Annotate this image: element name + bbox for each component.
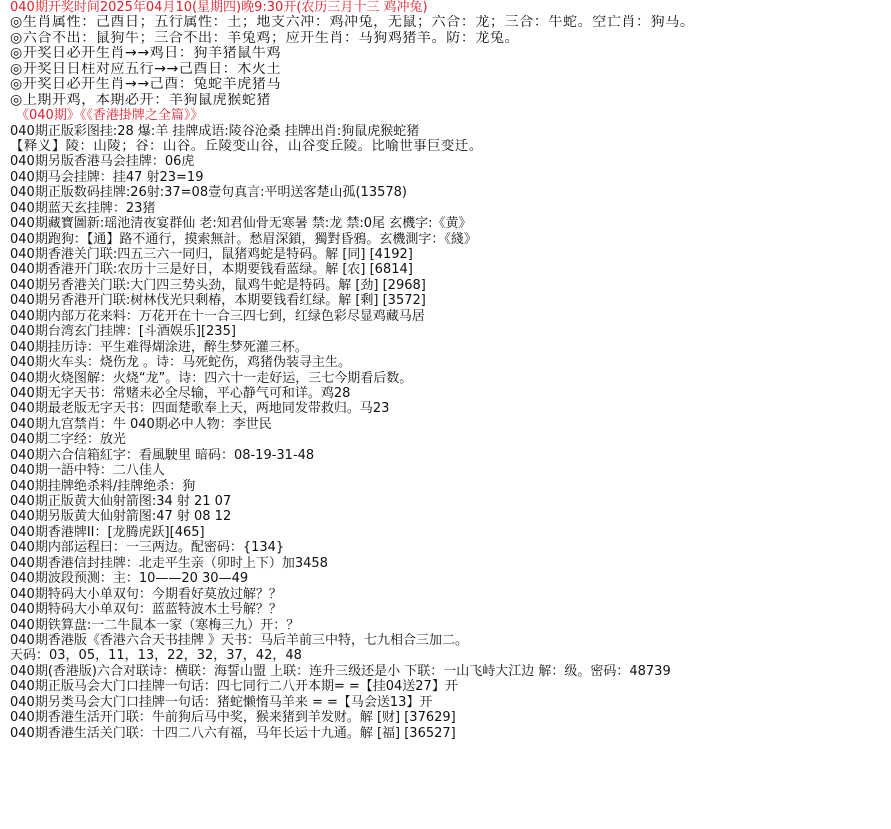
content-line: 040期火烧图解：火烧“龙”。诗：四六十一走好运，三七今期看后数。 bbox=[10, 371, 891, 386]
content-line: 040期另类马会大门口挂牌一句话：猪蛇懒惰马羊来 = =【马会送13】开 bbox=[10, 695, 891, 710]
content-line: 天码：03，05，11，13，22，32，37，42，48 bbox=[10, 648, 891, 663]
content-line: 040期铁算盘:一二牛鼠本一家（寒梅三九）开：？ bbox=[10, 618, 891, 633]
document: 040期开奖时间2025年04月10(星期四)晚9:30开(农历三月十三 鸡冲兔… bbox=[0, 0, 891, 741]
content-line: 040期最老版无字天书：四面楚歌奉上天，两地同发带救归。马23 bbox=[10, 401, 891, 416]
content-line: 040期(香港版)六合对联诗：横联：海誓山盟 上联：连升三级还是小 下联：一山飞… bbox=[10, 664, 891, 679]
content-line: 040期香港信封挂牌：北走平生亲（卯时上下）加3458 bbox=[10, 556, 891, 571]
content-line: 040期蓝天玄挂牌：23猪 bbox=[10, 201, 891, 216]
content-line: 040期香港生活关门联：十四二八六有福，马年长运十九通。解 [福] [36527… bbox=[10, 726, 891, 741]
content-line: 040期香港版《香港六合天书挂牌 》天书：马后羊前三中特，七九相合三加二。 bbox=[10, 633, 891, 648]
content-line: 040期正版彩图挂:28 爆:羊 挂牌成语:陵谷沧桑 挂牌出肖:狗鼠虎猴蛇猪 bbox=[10, 124, 891, 139]
content-line: 040期藏寶圖新:瑶池清夜宴群仙 老:知君仙骨无寒暑 禁:龙 禁:0尾 玄機字:… bbox=[10, 216, 891, 231]
content-line: 040期正版黄大仙射箭图:34 射 21 07 bbox=[10, 494, 891, 509]
content-line: 040期内部万花来料：万花开在十一合三四七到，红绿色彩尽显鸡藏马居 bbox=[10, 309, 891, 324]
content-line: 040期香港生活开门联：牛前狗后马中奖，猴来猪到羊发财。解 [财] [37629… bbox=[10, 710, 891, 725]
content-line: 040期香港牌II：[龙腾虎跃][465] bbox=[10, 525, 891, 540]
content-line: 040期特码大小单双句：蓝蓝特波木土号解？？ bbox=[10, 602, 891, 617]
attribute-line: ◎上期开鸡，本期必开：羊狗鼠虎猴蛇猪 bbox=[10, 93, 891, 108]
content-lines: 040期正版彩图挂:28 爆:羊 挂牌成语:陵谷沧桑 挂牌出肖:狗鼠虎猴蛇猪【释… bbox=[10, 124, 891, 742]
content-line: 040期挂牌绝杀料/挂牌绝杀：狗 bbox=[10, 479, 891, 494]
content-line: 040期九宫禁肖：牛 040期必中人物：李世民 bbox=[10, 417, 891, 432]
content-line: 040期无字天书：常赌未必全尽输，平心静气可和详。鸡28 bbox=[10, 386, 891, 401]
content-line: 040期另香港关门联:大门四三势头劲，鼠鸡牛蛇是特码。解 [劲] [2968] bbox=[10, 278, 891, 293]
content-line: 040期波段预测：主：10——20 30—49 bbox=[10, 571, 891, 586]
content-line: 040期台湾玄门挂牌：[斗酒娱乐][235] bbox=[10, 324, 891, 339]
attribute-line: ◎开奖日日柱对应五行→→己酉日：木火土 bbox=[10, 62, 891, 77]
attribute-line: ◎开奖日必开生肖→→己酉：兔蛇羊虎猪马 bbox=[10, 77, 891, 92]
content-line: 040期六合信箱紅字：看風駛里 暗码：08-19-31-48 bbox=[10, 448, 891, 463]
content-line: 040期正版马会大门口挂牌一句话：四七同行二八开本期= =【挂04送27】开 bbox=[10, 679, 891, 694]
attribute-line: ◎开奖日必开生肖→→鸡日：狗羊猪鼠牛鸡 bbox=[10, 46, 891, 61]
content-line: 040期一語中特：二八佳人 bbox=[10, 463, 891, 478]
content-line: 040期另版黄大仙射箭图:47 射 08 12 bbox=[10, 509, 891, 524]
section-title: 《040期》《《香港掛牌之全篇》》 bbox=[10, 108, 891, 123]
content-line: 040期挂历诗：平生难得煳涂进，醉生梦死灌三杯。 bbox=[10, 340, 891, 355]
content-line: 040期特码大小单双句：今期看好莫放过解？？ bbox=[10, 587, 891, 602]
attribute-line: ◎六合不出：鼠狗牛；三合不出：羊兔鸡；应开生肖：马狗鸡猪羊。防：龙兔。 bbox=[10, 31, 891, 46]
content-line: 040期内部运程曰：一三两边。配密码：{134} bbox=[10, 540, 891, 555]
content-line: 040期跑狗：【通】路不通行，摸索無計。愁眉深鎖，獨對昏鴉。玄機測字：《綫》 bbox=[10, 232, 891, 247]
content-line: 040期马会挂牌：挂47 射23=19 bbox=[10, 170, 891, 185]
content-line: 040期另版香港马会挂牌：06虎 bbox=[10, 154, 891, 169]
content-line: 040期香港开门联:农历十三是好日，本期要钱看蓝绿。解 [农] [6814] bbox=[10, 262, 891, 277]
draw-time-title: 040期开奖时间2025年04月10(星期四)晚9:30开(农历三月十三 鸡冲兔… bbox=[10, 0, 891, 15]
content-line: 040期二字经：放光 bbox=[10, 432, 891, 447]
content-line: 040期另香港开门联:树林伐光只剩椿，本期要钱看红绿。解 [剩] [3572] bbox=[10, 293, 891, 308]
attribute-line: ◎生肖属性：己酉日；五行属性：土；地支六冲：鸡冲兔，无鼠；六合：龙；三合：牛蛇。… bbox=[10, 15, 891, 30]
content-line: 040期正版数码挂牌:26射:37=08壹句真言:平明送客楚山孤(13578) bbox=[10, 185, 891, 200]
content-line: 040期火车头：烧伤龙 。诗：马死蛇伤，鸡猪伪装寻主生。 bbox=[10, 355, 891, 370]
content-line: 【释义】陵：山陵；谷：山谷。丘陵变山谷，山谷变丘陵。比喻世事巨变迁。 bbox=[10, 139, 891, 154]
content-line: 040期香港关门联:四五三六一同归，鼠猪鸡蛇是特码。解 [同] [4192] bbox=[10, 247, 891, 262]
